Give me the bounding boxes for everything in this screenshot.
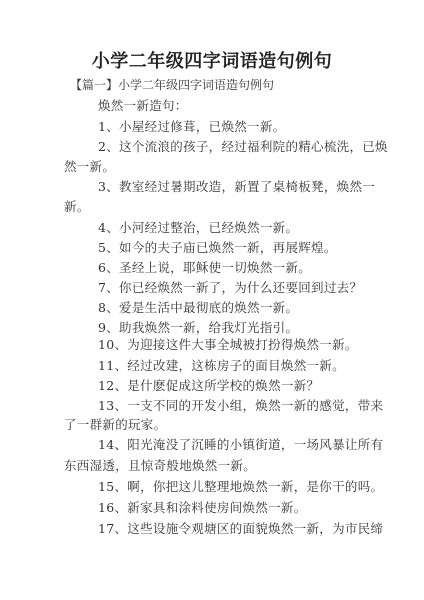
text-line: 13、一支不同的开发小组，焕然一新的感觉，带来 [98,397,383,415]
text-line: 10、为迎接这件大事全城被打扮得焕然一新。 [98,336,358,354]
text-line: 东西湿透，且惊奇般地焕然一新。 [64,457,256,475]
text-line: 焕然一新造句： [98,97,188,115]
text-line: 17、这些设施令观塘区的面貌焕然一新，为市民缔 [98,520,383,538]
text-line: 1、小屋经过修葺，已焕然一新。 [98,118,285,136]
document-title: 小学二年级四字词语造句例句 [0,50,424,74]
text-line: 9、助我焕然一新，给我灯光指引。 [98,319,298,337]
text-line: 12、是什麽促成这所学校的焕然一新？ [98,377,319,395]
text-line: 了一群新的玩家。 [64,416,166,434]
text-line: 5、如今的夫子庙已焕然一新，再展辉煌。 [98,239,337,257]
text-line: 2、这个流浪的孩子，经过福利院的精心梳洗，已焕 [98,138,388,156]
text-line: 11、经过改建，这栋房子的面目焕然一新。 [98,357,345,375]
text-line: 7、你已经焕然一新了，为什么还要回到过去？ [98,279,362,297]
document-page: 小学二年级四字词语造句例句 【篇一】小学二年级四字词语造句例句 焕然一新造句： … [0,0,424,600]
text-line: 8、爱是生活中最彻底的焕然一新。 [98,299,298,317]
text-line: 新。 [64,198,90,216]
section-heading: 【篇一】小学二年级四字词语造句例句 [70,76,274,94]
text-line: 3、教室经过暑期改造，新置了桌椅板凳，焕然一 [98,178,375,196]
text-line: 14、阳光淹没了沉睡的小镇街道，一场风暴让所有 [98,436,383,454]
text-line: 6、圣经上说，耶稣使一切焕然一新。 [98,259,311,277]
text-line: 15、啊，你把这儿整理地焕然一新，是你干的吗。 [98,478,383,496]
text-line: 16、新家具和涂料使房间焕然一新。 [98,499,307,517]
text-line: 4、小河经过整治，已经焕然一新。 [98,219,298,237]
text-line: 然一新。 [64,158,115,176]
